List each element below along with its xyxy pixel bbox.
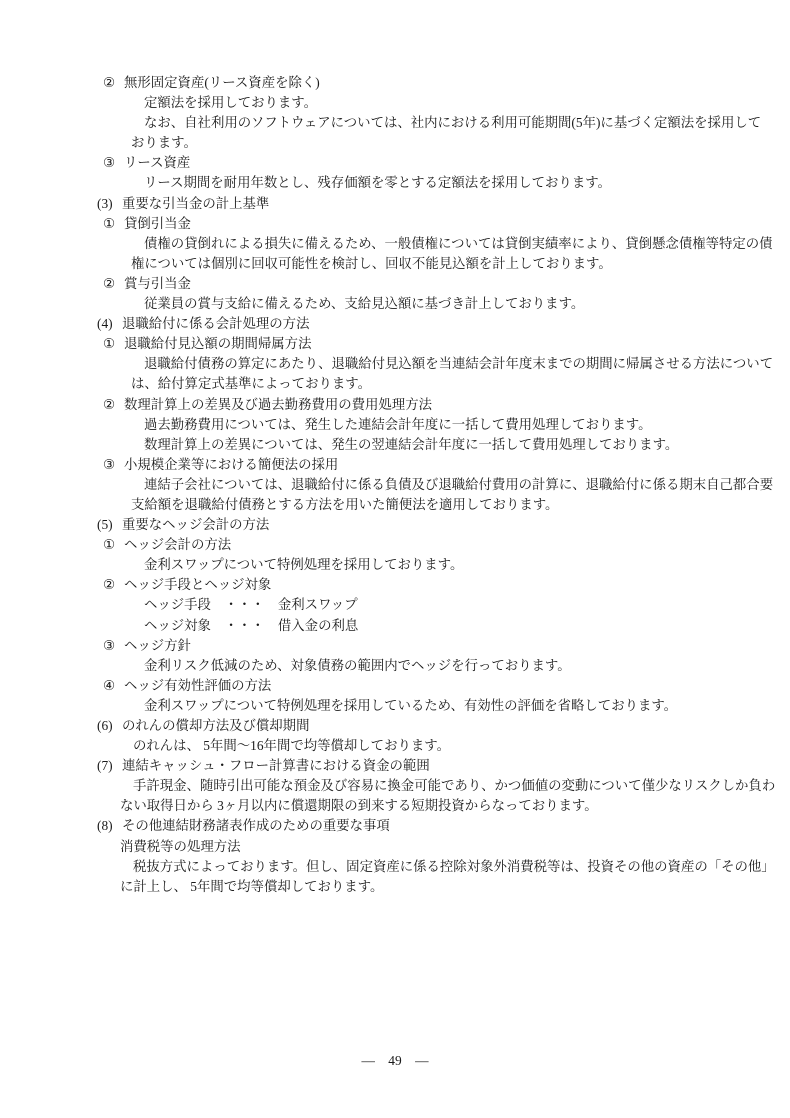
section-number: (4) bbox=[97, 314, 122, 334]
section-heading: (3)重要な引当金の計上基準 bbox=[0, 194, 790, 214]
section-number: (7) bbox=[97, 756, 122, 776]
section-heading: (7)連結キャッシュ・フロー計算書における資金の範囲 bbox=[0, 756, 790, 776]
heading-text: 重要なヘッジ会計の方法 bbox=[122, 517, 269, 532]
heading-text: のれんの償却方法及び償却期間 bbox=[122, 718, 309, 733]
document-content: ②無形固定資産(リース資産を除く)定額法を採用しております。なお、自社利用のソフ… bbox=[0, 73, 790, 897]
section-number: (5) bbox=[97, 515, 122, 535]
heading-text: 連結キャッシュ・フロー計算書における資金の範囲 bbox=[122, 758, 430, 773]
paragraph-line: 定額法を採用しております。 bbox=[0, 93, 790, 113]
paragraph-line: 従業員の賞与支給に備えるため、支給見込額に基づき計上しております。 bbox=[0, 294, 790, 314]
paragraph-line: 税抜方式によっております。但し、固定資産に係る控除対象外消費税等は、投資その他の… bbox=[0, 857, 790, 877]
heading-text: リース資産 bbox=[124, 155, 190, 170]
paragraph-line: 金利スワップについて特例処理を採用しているため、有効性の評価を省略しております。 bbox=[0, 696, 790, 716]
section-heading: (5)重要なヘッジ会計の方法 bbox=[0, 515, 790, 535]
page-footer: ― 49 ― bbox=[0, 1051, 790, 1071]
heading-text: ヘッジ手段とヘッジ対象 bbox=[124, 577, 271, 592]
document-page: ②無形固定資産(リース資産を除く)定額法を採用しております。なお、自社利用のソフ… bbox=[0, 0, 790, 1118]
item-number: ① bbox=[103, 535, 124, 555]
heading-text: 小規模企業等における簡便法の採用 bbox=[124, 457, 338, 472]
paragraph-line: 退職給付債務の算定にあたり、退職給付見込額を当連結会計年度末までの期間に帰属させ… bbox=[0, 354, 790, 374]
item-number: ① bbox=[103, 214, 124, 234]
paragraph-line: に計上し、 5年間で均等償却しております。 bbox=[0, 877, 790, 897]
heading-text: ヘッジ方針 bbox=[124, 638, 191, 653]
section-heading: (4)退職給付に係る会計処理の方法 bbox=[0, 314, 790, 334]
heading-text: 退職給付見込額の期間帰属方法 bbox=[124, 336, 311, 351]
paragraph-line: 消費税等の処理方法 bbox=[0, 837, 790, 857]
item-number: ② bbox=[103, 73, 124, 93]
section-heading: (6)のれんの償却方法及び償却期間 bbox=[0, 716, 790, 736]
heading-text: その他連結財務諸表作成のための重要な事項 bbox=[122, 818, 390, 833]
paragraph-line: 債権の貸倒れによる損失に備えるため、一般債権については貸倒実績率により、貸倒懸念… bbox=[0, 234, 790, 254]
heading-text: 無形固定資産(リース資産を除く) bbox=[124, 75, 320, 90]
item-heading: ④ヘッジ有効性評価の方法 bbox=[0, 676, 790, 696]
item-number: ② bbox=[103, 575, 124, 595]
paragraph-line: 手許現金、随時引出可能な預金及び容易に換金可能であり、かつ価値の変動について僅少… bbox=[0, 776, 790, 796]
paragraph-line: 金利スワップについて特例処理を採用しております。 bbox=[0, 555, 790, 575]
section-number: (6) bbox=[97, 716, 122, 736]
item-number: ② bbox=[103, 274, 124, 294]
paragraph-line: おります。 bbox=[0, 133, 790, 153]
item-number: ③ bbox=[103, 636, 124, 656]
paragraph-line: 支給額を退職給付債務とする方法を用いた簡便法を適用しております。 bbox=[0, 495, 790, 515]
paragraph-line: 金利リスク低減のため、対象債務の範囲内でヘッジを行っております。 bbox=[0, 656, 790, 676]
paragraph-line: リース期間を耐用年数とし、残存価額を零とする定額法を採用しております。 bbox=[0, 173, 790, 193]
paragraph-line: 数理計算上の差異については、発生の翌連結会計年度に一括して費用処理しております。 bbox=[0, 435, 790, 455]
item-heading: ②数理計算上の差異及び過去勤務費用の費用処理方法 bbox=[0, 395, 790, 415]
heading-text: ヘッジ会計の方法 bbox=[124, 537, 231, 552]
heading-text: 重要な引当金の計上基準 bbox=[122, 196, 269, 211]
item-heading: ③小規模企業等における簡便法の採用 bbox=[0, 455, 790, 475]
item-heading: ①退職給付見込額の期間帰属方法 bbox=[0, 334, 790, 354]
item-heading: ②無形固定資産(リース資産を除く) bbox=[0, 73, 790, 93]
item-heading: ①ヘッジ会計の方法 bbox=[0, 535, 790, 555]
item-number: ② bbox=[103, 395, 124, 415]
section-number: (8) bbox=[97, 816, 122, 836]
paragraph-line: ヘッジ手段 ・・・ 金利スワップ bbox=[0, 595, 790, 615]
paragraph-line: は、給付算定式基準によっております。 bbox=[0, 374, 790, 394]
item-number: ④ bbox=[103, 676, 124, 696]
paragraph-line: 過去勤務費用については、発生した連結会計年度に一括して費用処理しております。 bbox=[0, 415, 790, 435]
paragraph-line: ヘッジ対象 ・・・ 借入金の利息 bbox=[0, 616, 790, 636]
item-heading: ②賞与引当金 bbox=[0, 274, 790, 294]
page-number: ― 49 ― bbox=[362, 1053, 429, 1068]
paragraph-line: のれんは、 5年間～16年間で均等償却しております。 bbox=[0, 736, 790, 756]
heading-text: ヘッジ有効性評価の方法 bbox=[124, 678, 271, 693]
section-heading: (8)その他連結財務諸表作成のための重要な事項 bbox=[0, 816, 790, 836]
item-heading: ②ヘッジ手段とヘッジ対象 bbox=[0, 575, 790, 595]
section-number: (3) bbox=[97, 194, 122, 214]
paragraph-line: 権については個別に回収可能性を検討し、回収不能見込額を計上しております。 bbox=[0, 254, 790, 274]
item-number: ③ bbox=[103, 455, 124, 475]
paragraph-line: なお、自社利用のソフトウェアについては、社内における利用可能期間(5年)に基づく… bbox=[0, 113, 790, 133]
paragraph-line: ない取得日から 3ヶ月以内に償還期限の到来する短期投資からなっております。 bbox=[0, 796, 790, 816]
item-number: ① bbox=[103, 334, 124, 354]
heading-text: 貸倒引当金 bbox=[124, 216, 191, 231]
item-heading: ③リース資産 bbox=[0, 153, 790, 173]
item-number: ③ bbox=[103, 153, 124, 173]
heading-text: 賞与引当金 bbox=[124, 276, 191, 291]
heading-text: 数理計算上の差異及び過去勤務費用の費用処理方法 bbox=[124, 397, 432, 412]
item-heading: ①貸倒引当金 bbox=[0, 214, 790, 234]
paragraph-line: 連結子会社については、退職給付に係る負債及び退職給付費用の計算に、退職給付に係る… bbox=[0, 475, 790, 495]
heading-text: 退職給付に係る会計処理の方法 bbox=[122, 316, 309, 331]
item-heading: ③ヘッジ方針 bbox=[0, 636, 790, 656]
